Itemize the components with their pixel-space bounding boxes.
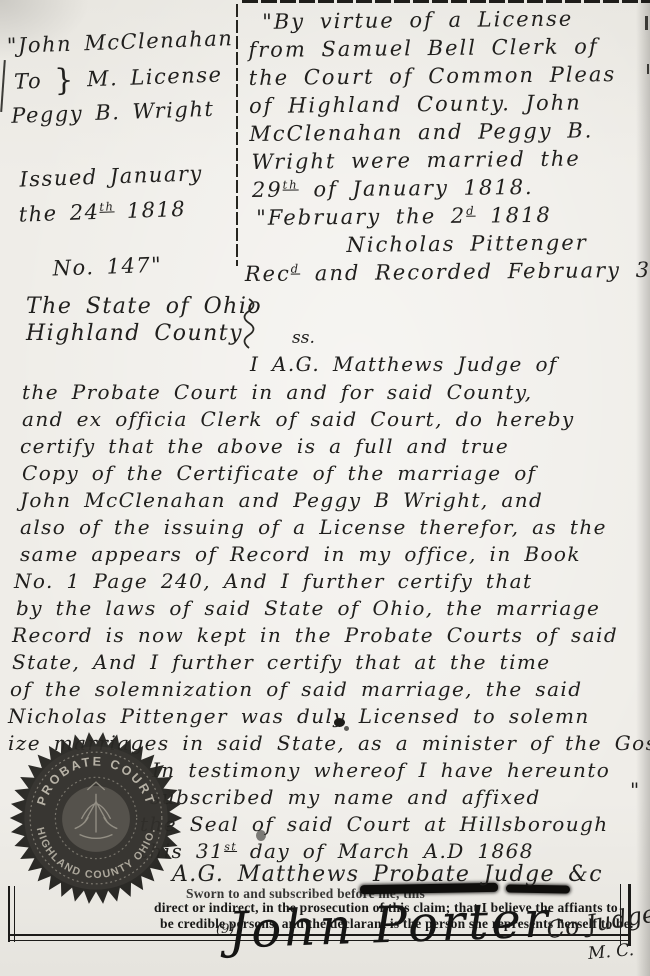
top-border-rule bbox=[242, 0, 650, 3]
cert-line: by the laws of said State of Ohio, the m… bbox=[16, 596, 600, 620]
minister-signature: Nicholas Pittenger bbox=[346, 230, 588, 257]
venue-county-line: Highland County bbox=[26, 321, 243, 346]
stray-pen-mark bbox=[0, 60, 6, 112]
ordinal-superscript: st bbox=[224, 840, 237, 853]
cert-testimony-line: subscribed my name and affixed bbox=[150, 785, 541, 809]
column-divider-rule bbox=[236, 4, 238, 266]
return-line: of Highland County. John bbox=[249, 91, 582, 118]
cert-line: State, And I further certify that at the… bbox=[12, 650, 551, 674]
ink-blot bbox=[334, 718, 345, 727]
cert-line: same appears of Record in my office, in … bbox=[20, 542, 581, 566]
return-signed-date: "February the 2d 1818 bbox=[256, 203, 552, 230]
cert-line: the Probate Court in and for said County… bbox=[22, 380, 533, 404]
return-marriage-date: 29th of January 1818. bbox=[252, 175, 534, 202]
docket-to: To bbox=[14, 69, 43, 94]
scan-edge-shadow bbox=[636, 0, 650, 976]
signature-initials: M. C. bbox=[587, 940, 635, 964]
scilicet-abbrev: ss. bbox=[292, 328, 315, 348]
probate-court-seal: PROBATE COURT HIGHLAND COUNTY OHIO. bbox=[4, 726, 188, 910]
brace-squiggle-icon bbox=[238, 298, 260, 350]
scan-edge-tick bbox=[645, 16, 648, 30]
return-line: the Court of Common Pleas bbox=[249, 62, 617, 90]
judge-signoff: A.G. Matthews Probate Judge &c bbox=[172, 862, 603, 887]
return-line: McClenahan and Peggy B. bbox=[249, 118, 593, 146]
scan-edge-tick bbox=[647, 64, 649, 74]
cert-opening-line: I A.G. Matthews Judge of bbox=[250, 352, 558, 376]
cert-line: Copy of the Certificate of the marriage … bbox=[22, 461, 536, 485]
ordinal-superscript: th bbox=[282, 177, 298, 191]
ink-blot bbox=[344, 726, 349, 731]
stray-quote-mark: " bbox=[630, 778, 639, 802]
cert-line: certify that the above is a full and tru… bbox=[20, 434, 509, 458]
cert-line: John McClenahan and Peggy B Wright, and bbox=[20, 488, 543, 512]
john-porter-signature: John Porter bbox=[227, 890, 551, 959]
ordinal-superscript: th bbox=[99, 199, 115, 214]
return-line: from Samuel Bell Clerk of bbox=[248, 34, 598, 62]
recorded-line: Recd and Recorded February 3rd 1818" bbox=[245, 257, 650, 286]
cert-line: and ex officia Clerk of said Court, do h… bbox=[22, 407, 575, 431]
venue-state-line: The State of Ohio bbox=[26, 294, 262, 319]
docket-number: No. 147" bbox=[52, 249, 163, 285]
document-page: "John McClenahan To } M. License Peggy B… bbox=[0, 0, 650, 976]
cert-line: also of the issuing of a License therefo… bbox=[20, 515, 607, 539]
docket-license-line: To } M. License bbox=[13, 56, 222, 97]
cert-testimony-line: In testimony whereof I have hereunto bbox=[152, 758, 610, 782]
return-line: Wright were married the bbox=[251, 147, 580, 174]
cert-line: Nicholas Pittenger was duly Licensed to … bbox=[8, 704, 590, 728]
cert-testimony-line: the Seal of said Court at Hillsborough bbox=[140, 812, 608, 836]
cert-line: of the solemnization of said marriage, t… bbox=[10, 677, 582, 701]
cert-date-line: this 31st day of March A.D 1868 bbox=[140, 839, 534, 863]
return-line: "By virtue of a License bbox=[262, 7, 573, 34]
docket-issue-date: the 24th 1818 bbox=[18, 188, 187, 231]
docket-bride-line: Peggy B. Wright bbox=[11, 93, 215, 132]
ink-smudge-dot bbox=[256, 830, 266, 841]
cert-line: Record is now kept in the Probate Courts… bbox=[12, 623, 618, 647]
brace-icon: } bbox=[54, 65, 76, 98]
cert-line: No. 1 Page 240, And I further certify th… bbox=[14, 569, 532, 593]
docket-groom-line: "John McClenahan bbox=[6, 22, 234, 62]
docket-license-label: M. License bbox=[87, 62, 223, 91]
